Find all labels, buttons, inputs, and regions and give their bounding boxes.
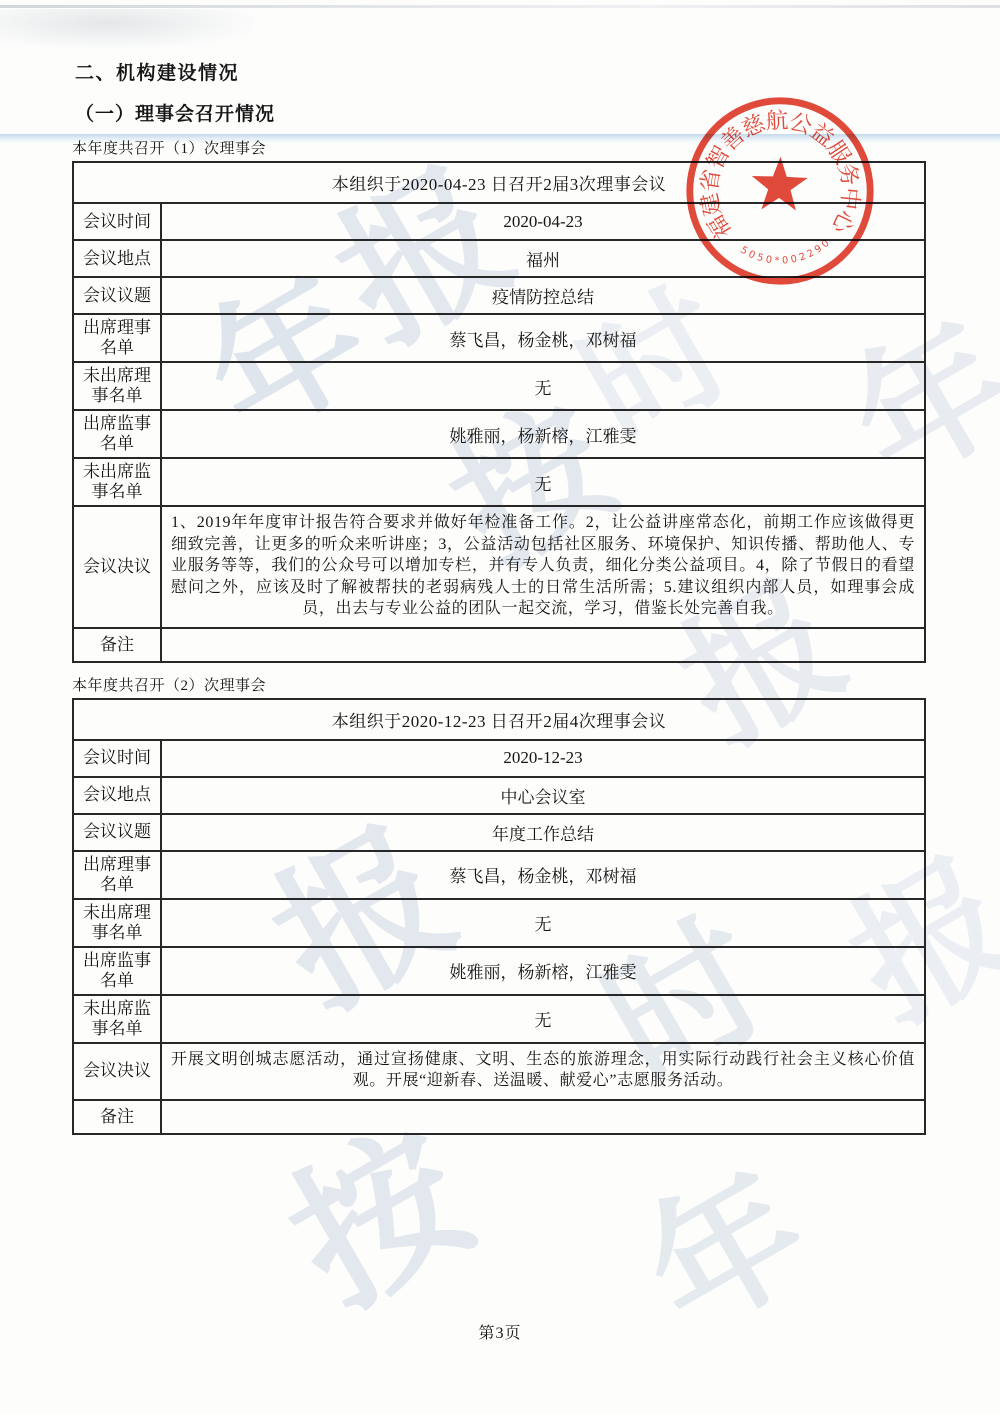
row-value: 蔡飞昌，杨金桃，邓树福: [162, 315, 924, 361]
document-page: 年报按时年报报时报按年 二、机构建设情况 （一）理事会召开情况 本年度共召开（1…: [0, 0, 1000, 1414]
row-value: 1、2019年年度审计报告符合要求并做好年检准备工作。2，让公益讲座常态化，前期…: [162, 507, 924, 627]
row-value: 无: [162, 996, 924, 1042]
table-row: 出席理事名单蔡飞昌，杨金桃，邓树福: [74, 313, 924, 361]
row-label: 会议议题: [74, 815, 162, 850]
row-label: 出席监事名单: [74, 948, 162, 994]
row-label: 未出席监事名单: [74, 996, 162, 1042]
row-label: 备注: [74, 629, 162, 661]
table-row: 会议决议开展文明创城志愿活动，通过宣扬健康、文明、生态的旅游理念，用实际行动践行…: [74, 1042, 924, 1099]
row-label: 未出席理事名单: [74, 363, 162, 409]
table-row: 未出席理事名单无: [74, 361, 924, 409]
row-label: 会议决议: [74, 507, 162, 627]
row-label: 会议决议: [74, 1044, 162, 1099]
table-row: 出席监事名单姚雅丽，杨新榕，江雅雯: [74, 946, 924, 994]
table-row: 未出席监事名单无: [74, 994, 924, 1042]
row-value: 无: [162, 363, 924, 409]
row-label: 会议时间: [74, 741, 162, 776]
scan-artifact-smudge: [0, 9, 255, 49]
table-row: 会议决议1、2019年年度审计报告符合要求并做好年检准备工作。2，让公益讲座常态…: [74, 505, 924, 627]
official-seal-stamp: 福建省智善慈航公益服务中心 35050*0022909: [672, 80, 888, 301]
scan-artifact-top-line: [0, 5, 1000, 8]
row-value: [162, 1101, 924, 1133]
row-label: 会议时间: [74, 204, 162, 239]
row-value: 姚雅丽，杨新榕，江雅雯: [162, 948, 924, 994]
row-label: 出席理事名单: [74, 852, 162, 898]
row-label: 出席理事名单: [74, 315, 162, 361]
row-value: 无: [162, 900, 924, 946]
table-row: 会议议题年度工作总结: [74, 813, 924, 850]
row-value: 无: [162, 459, 924, 505]
row-label: 未出席理事名单: [74, 900, 162, 946]
meeting-table: 本组织于2020-12-23 日召开2届4次理事会议会议时间2020-12-23…: [72, 698, 926, 1135]
row-value: 年度工作总结: [162, 815, 924, 850]
row-value: [162, 629, 924, 661]
row-label: 备注: [74, 1101, 162, 1133]
seal-star-icon: [751, 156, 809, 211]
table-row: 会议时间2020-12-23: [74, 739, 924, 776]
row-value: 2020-12-23: [162, 741, 924, 776]
table-caption: 本年度共召开（2）次理事会: [72, 674, 926, 695]
table-header-title: 本组织于2020-12-23 日召开2届4次理事会议: [74, 700, 924, 739]
table-row: 未出席理事名单无: [74, 898, 924, 946]
table-row: 出席理事名单蔡飞昌，杨金桃，邓树福: [74, 850, 924, 898]
table-row: 会议地点中心会议室: [74, 776, 924, 813]
row-label: 会议地点: [74, 778, 162, 813]
row-label: 出席监事名单: [74, 411, 162, 457]
row-label: 会议地点: [74, 241, 162, 276]
row-value: 姚雅丽，杨新榕，江雅雯: [162, 411, 924, 457]
table-row: 出席监事名单姚雅丽，杨新榕，江雅雯: [74, 409, 924, 457]
row-label: 未出席监事名单: [74, 459, 162, 505]
watermark-character: 按: [268, 1108, 493, 1333]
seal-svg: 福建省智善慈航公益服务中心 35050*0022909: [672, 80, 888, 301]
table-row: 备注: [74, 1099, 924, 1133]
row-label: 会议议题: [74, 278, 162, 313]
table-row: 未出席监事名单无: [74, 457, 924, 505]
row-value: 蔡飞昌，杨金桃，邓树福: [162, 852, 924, 898]
page-number: 第3页: [0, 1320, 1000, 1343]
row-value: 中心会议室: [162, 778, 924, 813]
table-row: 备注: [74, 627, 924, 661]
row-value: 开展文明创城志愿活动，通过宣扬健康、文明、生态的旅游理念，用实际行动践行社会主义…: [162, 1044, 924, 1099]
